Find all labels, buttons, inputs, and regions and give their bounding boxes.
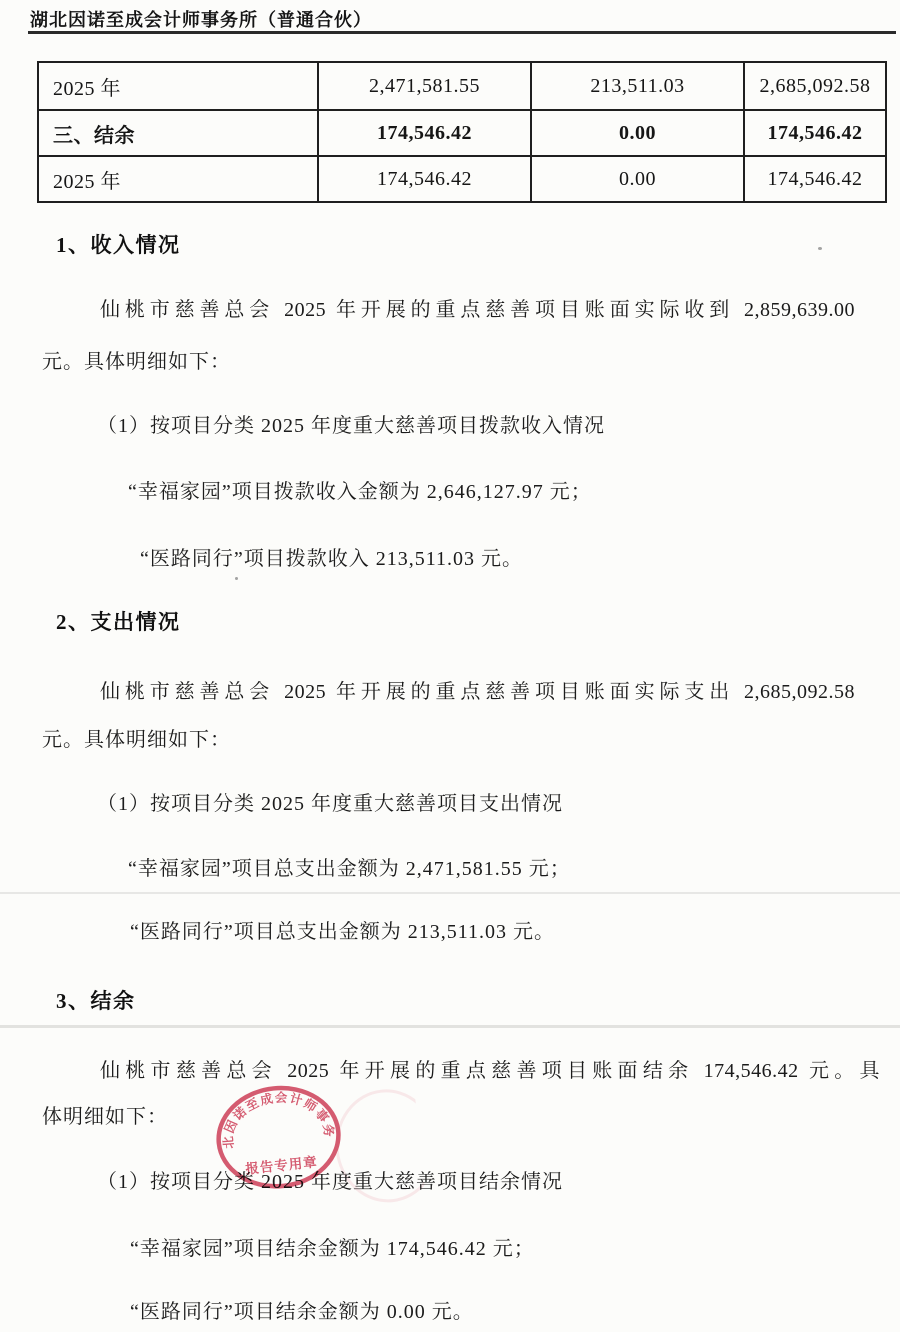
text-line: 仙桃市慈善总会 2025 年开展的重点慈善项目账面实际支出 2,685,092.… xyxy=(100,678,855,706)
scan-streak xyxy=(0,1025,900,1028)
section-heading-balance: 3、结余 xyxy=(56,987,136,1015)
company-seal: 湖北因诺至成会计师事务所 报告专用章 xyxy=(169,1028,431,1272)
amount-cell: 174,546.42 xyxy=(318,110,531,156)
text-line: （1）按项目分类 2025 年度重大慈善项目支出情况 xyxy=(97,790,563,818)
section-heading-expenditure: 2、支出情况 xyxy=(56,608,181,636)
page-header-firm-name: 湖北因诺至成会计师事务所（普通合伙） xyxy=(30,6,372,32)
text-line: 元。具体明细如下： xyxy=(42,348,231,376)
amount-cell: 174,546.42 xyxy=(318,156,531,202)
table-row: 三、结余 174,546.42 0.00 174,546.42 xyxy=(38,110,886,156)
text-line: “医路同行”项目总支出金额为 213,511.03 元。 xyxy=(130,918,555,946)
text-line: “幸福家园”项目总支出金额为 2,471,581.55 元； xyxy=(128,855,571,883)
row-label-cell: 2025 年 xyxy=(38,156,318,202)
table-row: 2025 年 174,546.42 0.00 174,546.42 xyxy=(38,156,886,202)
amount-cell: 2,471,581.55 xyxy=(318,62,531,110)
row-label-cell: 2025 年 xyxy=(38,62,318,110)
section-heading-income: 1、收入情况 xyxy=(56,231,181,259)
text-line: 仙桃市慈善总会 2025 年开展的重点慈善项目账面实际收到 2,859,639.… xyxy=(100,296,855,324)
scan-speck xyxy=(235,577,238,580)
table-row: 2025 年 2,471,581.55 213,511.03 2,685,092… xyxy=(38,62,886,110)
scan-streak xyxy=(0,892,900,894)
amount-cell: 2,685,092.58 xyxy=(744,62,886,110)
text-line: “医路同行”项目结余金额为 0.00 元。 xyxy=(130,1298,474,1326)
text-line: “幸福家园”项目拨款收入金额为 2,646,127.97 元； xyxy=(128,478,592,506)
text-line: （1）按项目分类 2025 年度重大慈善项目拨款收入情况 xyxy=(97,412,605,440)
seal-ghost-ring xyxy=(332,1086,431,1206)
amount-cell: 0.00 xyxy=(531,156,744,202)
header-rule xyxy=(28,31,896,34)
amount-cell: 174,546.42 xyxy=(744,156,886,202)
row-label-cell: 三、结余 xyxy=(38,110,318,156)
amount-cell: 213,511.03 xyxy=(531,62,744,110)
text-line: “医路同行”项目拨款收入 213,511.03 元。 xyxy=(140,545,523,573)
text-line: 元。具体明细如下： xyxy=(42,726,231,754)
amount-cell: 0.00 xyxy=(531,110,744,156)
summary-table: 2025 年 2,471,581.55 213,511.03 2,685,092… xyxy=(37,61,887,203)
scan-speck xyxy=(818,247,822,250)
amount-cell: 174,546.42 xyxy=(744,110,886,156)
document-page: 湖北因诺至成会计师事务所（普通合伙） 2025 年 2,471,581.55 2… xyxy=(0,0,900,1332)
seal-bottom-text: 报告专用章 xyxy=(245,1153,319,1176)
text-line: 体明细如下： xyxy=(42,1103,168,1131)
